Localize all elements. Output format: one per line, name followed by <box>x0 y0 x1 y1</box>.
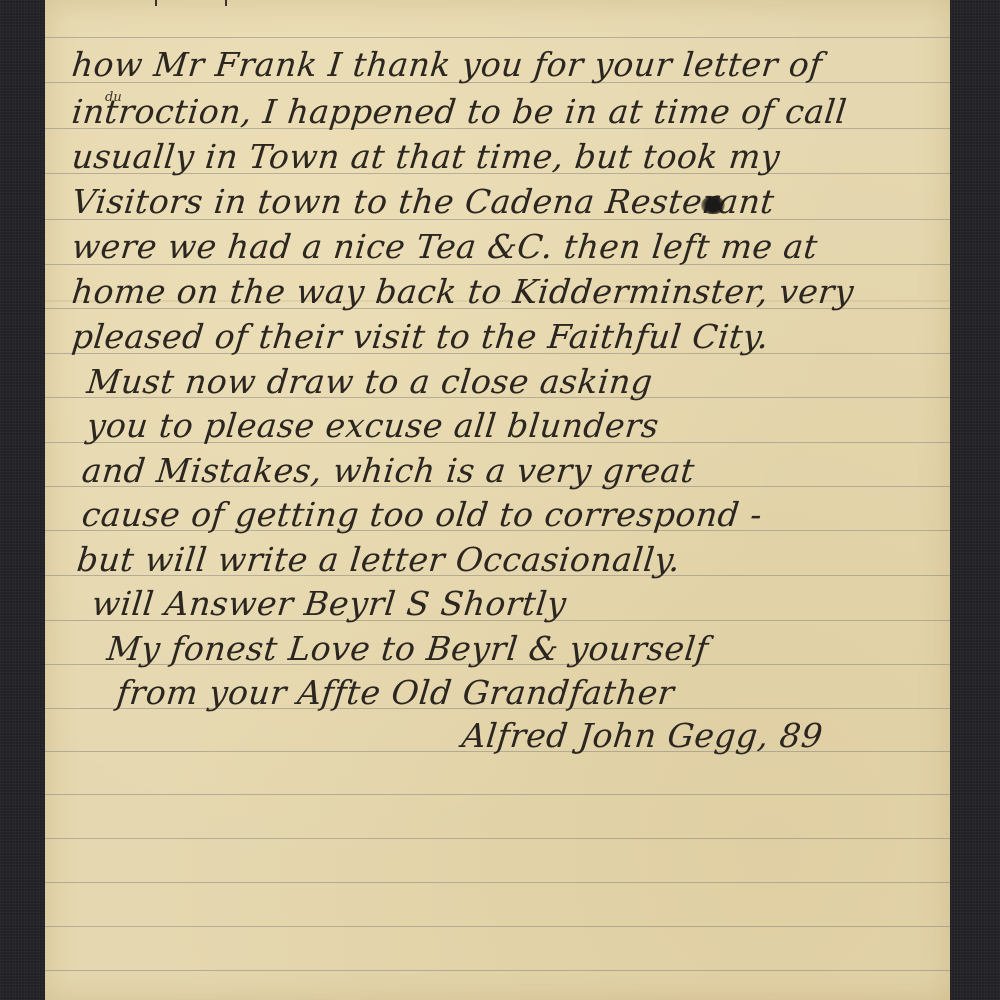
letter-line-12: but will write a letter Occasionally. <box>75 540 682 579</box>
ruled-line <box>45 970 950 971</box>
ruled-line <box>45 882 950 883</box>
ink-blot <box>701 196 725 214</box>
letter-line-3: usually in Town at that time, but took m… <box>70 137 782 176</box>
signature: Alfred John Gegg, 89 <box>460 716 825 755</box>
letter-line-8: Must now draw to a close asking <box>85 362 655 401</box>
ink-mark <box>225 0 227 6</box>
letter-line-2: introction, I happened to be in at time … <box>70 92 849 131</box>
letter-line-15: from your Affte Old Grandfather <box>115 673 676 712</box>
ruled-line <box>45 926 950 927</box>
ruled-line <box>45 838 950 839</box>
letter-line-11: cause of getting too old to correspond - <box>80 495 764 534</box>
letter-line-13: will Answer Beyrl S Shortly <box>90 584 568 623</box>
letter-line-7: pleased of their visit to the Faithful C… <box>70 317 771 356</box>
letter-line-10: and Mistakes, which is a very great <box>80 451 697 490</box>
letter-line-6: home on the way back to Kidderminster, v… <box>70 272 856 311</box>
letter-line-14: My fonest Love to Beyrl & yourself <box>105 629 711 668</box>
letter-line-4: Visitors in town to the Cadena Resterant <box>70 182 776 221</box>
ruled-line <box>45 794 950 795</box>
letter-line-1: how Mr Frank I thank you for your letter… <box>70 45 824 84</box>
letter-line-5: were we had a nice Tea &C. then left me … <box>70 227 820 266</box>
letter-line-9: you to please excuse all blunders <box>85 406 661 445</box>
ruled-line <box>45 37 950 38</box>
ink-mark <box>155 0 157 6</box>
letter-page: how Mr Frank I thank you for your letter… <box>45 0 950 1000</box>
